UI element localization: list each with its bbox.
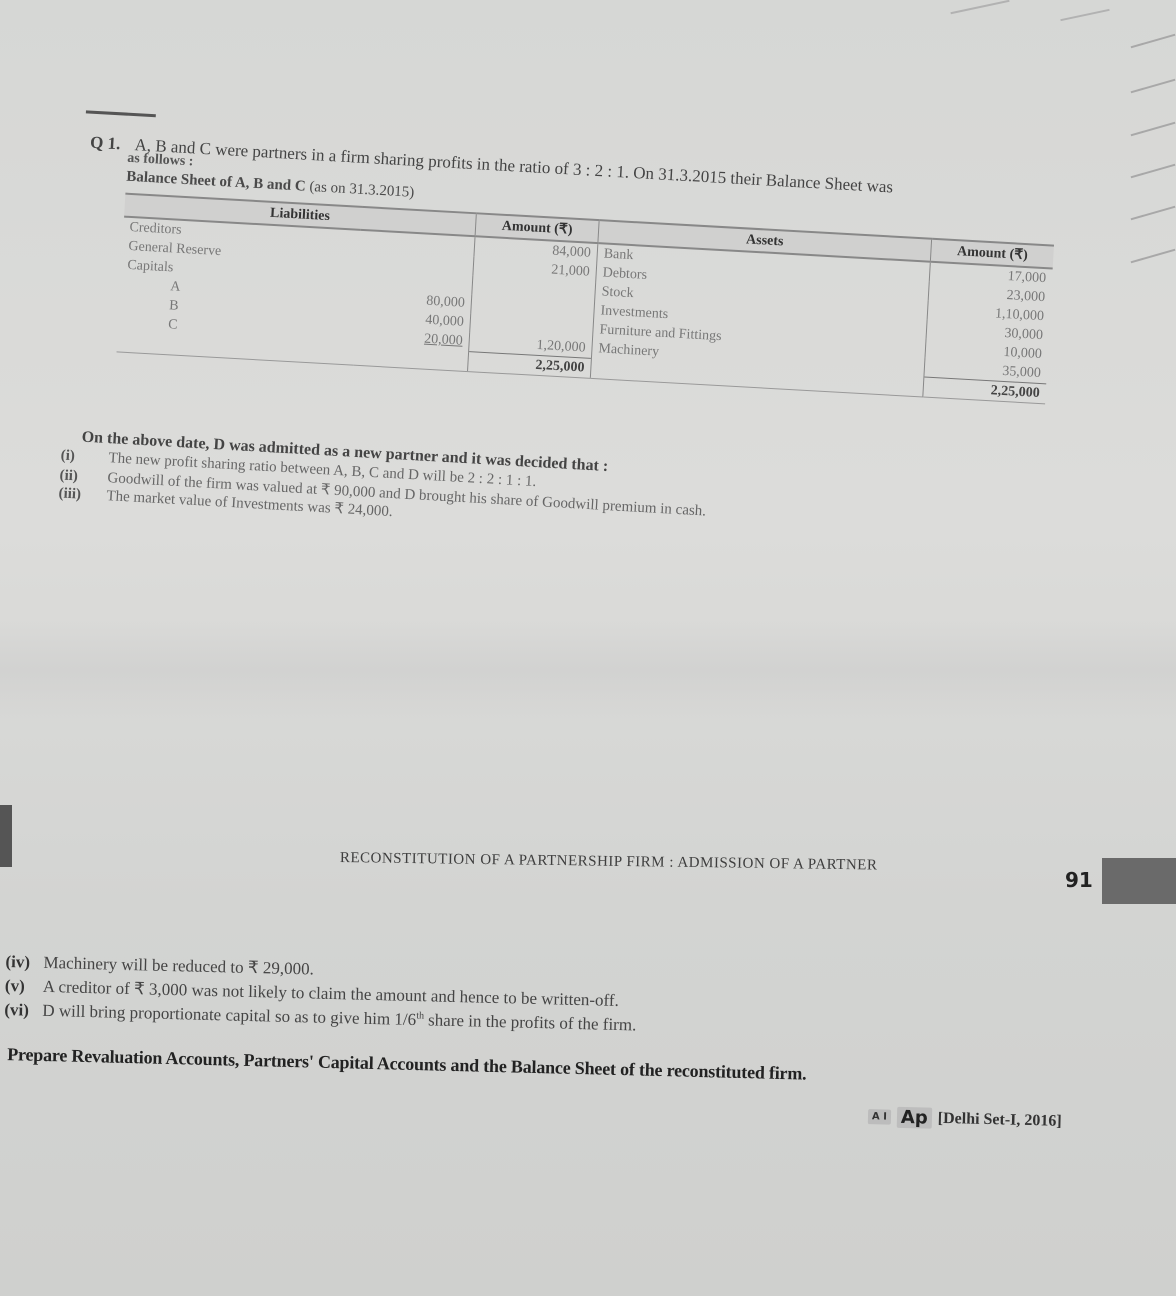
- top-rule: [86, 110, 156, 117]
- question-intro-cont: as follows :: [127, 151, 194, 171]
- left-thumb-tab: [0, 805, 12, 867]
- page-fold-shadow: [0, 620, 1176, 720]
- question-block: Q 1. A, B and C were partners in a firm …: [80, 110, 1078, 166]
- task-instruction: Prepare Revaluation Accounts, Partners' …: [7, 1044, 807, 1085]
- page-edges: [1106, 0, 1176, 420]
- difficulty-badge: A I: [868, 1109, 891, 1125]
- citation-text: [Delhi Set-I, 2016]: [938, 1109, 1062, 1130]
- balance-sheet-date: (as on 31.3.2015): [309, 179, 415, 201]
- ap-badge: Ap: [897, 1107, 932, 1129]
- balance-sheet-table: Liabilities Amount (₹) Assets Amount (₹)…: [117, 193, 1054, 405]
- running-head: RECONSTITUTION OF A PARTNERSHIP FIRM : A…: [340, 850, 878, 875]
- page-number: 91: [1065, 868, 1093, 892]
- page-edge-top: [950, 0, 1009, 14]
- continued-block: (iv)Machinery will be reduced to ₹ 29,00…: [6, 942, 1146, 970]
- question-number: Q 1.: [90, 133, 121, 154]
- page-edge-top: [1060, 9, 1109, 21]
- right-thumb-tab: [1102, 858, 1176, 904]
- source-citation: A I Ap [Delhi Set-I, 2016]: [868, 1106, 1062, 1132]
- condition-item: (iv)Machinery will be reduced to ₹ 29,00…: [5, 952, 314, 980]
